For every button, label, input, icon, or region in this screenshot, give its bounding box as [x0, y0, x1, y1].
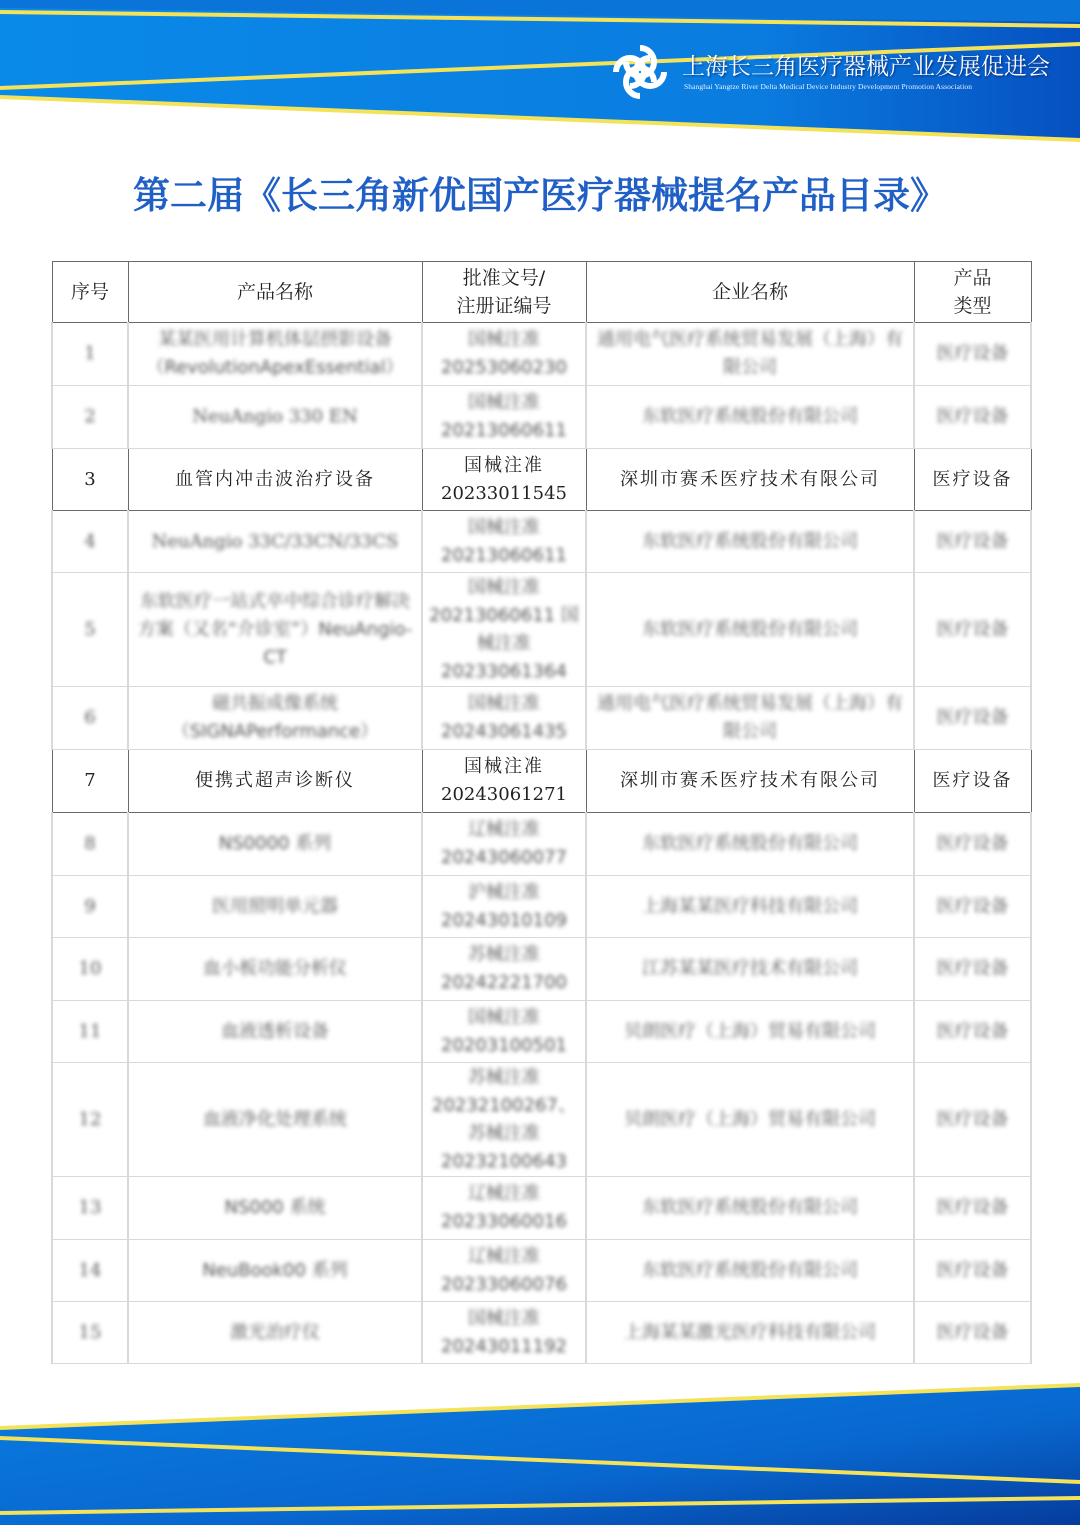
cell-approval: 国械注准 20243011192 [422, 1302, 586, 1364]
cell-number: 3 [52, 449, 128, 511]
cell-number: 6 [52, 687, 128, 750]
table-row: 1 某某医用计算机体层摂影设备（RevolutionApexEssential）… [52, 323, 1031, 386]
cell-company: 上海某某激光医疗科技有限公司 [586, 1302, 914, 1364]
cell-approval: 国械注准20233011545 [422, 449, 586, 511]
cell-product-name: NS000 系统 [128, 1177, 422, 1240]
cell-number: 2 [52, 386, 128, 449]
interlocking-rings-logo-icon [608, 40, 672, 104]
cell-type: 医疗设备 [914, 323, 1031, 386]
cell-type: 医疗设备 [914, 386, 1031, 449]
cell-type: 医疗设备 [914, 938, 1031, 1001]
cell-type: 医疗设备 [914, 1177, 1031, 1240]
cell-company: 江苏某某医疗技术有限公司 [586, 938, 914, 1001]
table-row: 10 血小板功能分析仪 苏械注准 20242221700 江苏某某医疗技术有限公… [52, 938, 1031, 1001]
table-row: 13 NS000 系统 辽械注准 20233060016 东软医疗系统股份有限公… [52, 1177, 1031, 1240]
cell-product-name: NeuBook00 系列 [128, 1240, 422, 1302]
cell-number: 13 [52, 1177, 128, 1240]
cell-product-name: 血管内冲击波治疗设备 [128, 449, 422, 511]
cell-company: 深圳市赛禾医疗技术有限公司 [586, 449, 914, 511]
product-catalog-table: 序号 产品名称 批准文号/注册证编号 企业名称 产品类型 1 某某医用计算机体层… [51, 261, 1032, 1364]
cell-type: 医疗设备 [914, 750, 1031, 813]
cell-product-name: 磁共振成像系统（SIGNAPerformance） [128, 687, 422, 750]
cell-approval: 苏械注准 20242221700 [422, 938, 586, 1001]
table-row: 7 便携式超声诊断仪 国械注准20243061271 深圳市赛禾医疗技术有限公司… [52, 750, 1031, 813]
column-header-product-name: 产品名称 [128, 262, 422, 323]
cell-company: 东软医疗系统股份有限公司 [586, 573, 914, 687]
cell-number: 8 [52, 813, 128, 876]
table-row: 3 血管内冲击波治疗设备 国械注准20233011545 深圳市赛禾医疗技术有限… [52, 449, 1031, 511]
cell-type: 医疗设备 [914, 1001, 1031, 1063]
cell-product-name: 东软医疗一站式卒中综合诊疗解决方案（又名“介诊室”）NeuAngio-CT [128, 573, 422, 687]
cell-product-name: 血液透析设备 [128, 1001, 422, 1063]
cell-approval: 苏械注准 20232100267、苏械注准 20232100643 [422, 1063, 586, 1177]
cell-type: 医疗设备 [914, 1240, 1031, 1302]
cell-approval: 辽械注准 20233060016 [422, 1177, 586, 1240]
cell-product-name: 血小板功能分析仪 [128, 938, 422, 1001]
cell-number: 5 [52, 573, 128, 687]
cell-number: 1 [52, 323, 128, 386]
cell-product-name: 某某医用计算机体层摂影设备（RevolutionApexEssential） [128, 323, 422, 386]
cell-number: 10 [52, 938, 128, 1001]
table-row: 11 血液透析设备 国械注准 20203100501 贝朗医疗（上海）贸易有限公… [52, 1001, 1031, 1063]
cell-type: 医疗设备 [914, 1302, 1031, 1364]
cell-approval: 国械注准 20243061435 [422, 687, 586, 750]
cell-company: 东软医疗系统股份有限公司 [586, 386, 914, 449]
cell-approval: 国械注准 20213060611 [422, 386, 586, 449]
cell-type: 医疗设备 [914, 511, 1031, 573]
table-row: 8 NS0000 系列 辽械注准 20243060077 东软医疗系统股份有限公… [52, 813, 1031, 876]
organization-name-en: Shanghai Yangtze River Delta Medical Dev… [684, 82, 972, 91]
cell-product-name: NeuAngio 330 EN [128, 386, 422, 449]
cell-type: 医疗设备 [914, 573, 1031, 687]
table-row: 5 东软医疗一站式卒中综合诊疗解决方案（又名“介诊室”）NeuAngio-CT … [52, 573, 1031, 687]
cell-company: 东软医疗系统股份有限公司 [586, 1177, 914, 1240]
cell-number: 7 [52, 750, 128, 813]
cell-company: 贝朗医疗（上海）贸易有限公司 [586, 1001, 914, 1063]
cell-type: 医疗设备 [914, 813, 1031, 876]
cell-approval: 国械注准 20203100501 [422, 1001, 586, 1063]
table-row: 6 磁共振成像系统（SIGNAPerformance） 国械注准 2024306… [52, 687, 1031, 750]
cell-number: 9 [52, 876, 128, 938]
cell-product-name: 血液净化处理系统 [128, 1063, 422, 1177]
cell-product-name: NS0000 系列 [128, 813, 422, 876]
column-header-type: 产品类型 [914, 262, 1031, 323]
cell-number: 14 [52, 1240, 128, 1302]
table-row: 14 NeuBook00 系列 辽械注准 20233060076 东软医疗系统股… [52, 1240, 1031, 1302]
cell-company: 深圳市赛禾医疗技术有限公司 [586, 750, 914, 813]
cell-company: 通用电气医疗系统贸易发展（上海）有限公司 [586, 687, 914, 750]
cell-approval: 沪械注准 20243010109 [422, 876, 586, 938]
cell-approval: 国械注准 20213060611 国械注准 20233061364 [422, 573, 586, 687]
cell-company: 东软医疗系统股份有限公司 [586, 511, 914, 573]
table-header-row: 序号 产品名称 批准文号/注册证编号 企业名称 产品类型 [52, 262, 1031, 323]
column-header-number: 序号 [52, 262, 128, 323]
cell-type: 医疗设备 [914, 687, 1031, 750]
cell-product-name: 医用照明单元器 [128, 876, 422, 938]
column-header-approval-number: 批准文号/注册证编号 [422, 262, 586, 323]
cell-company: 东软医疗系统股份有限公司 [586, 813, 914, 876]
cell-company: 通用电气医疗系统贸易发展（上海）有限公司 [586, 323, 914, 386]
cell-approval: 辽械注准 20243060077 [422, 813, 586, 876]
cell-approval: 国械注准 20253060230 [422, 323, 586, 386]
table-row: 9 医用照明单元器 沪械注准 20243010109 上海某某医疗科技有限公司 … [52, 876, 1031, 938]
cell-company: 贝朗医疗（上海）贸易有限公司 [586, 1063, 914, 1177]
column-header-company: 企业名称 [586, 262, 914, 323]
cell-type: 医疗设备 [914, 449, 1031, 511]
organization-name-cn: 上海长三角医疗器械产业发展促进会 [682, 48, 1050, 81]
cell-number: 12 [52, 1063, 128, 1177]
footer-banner [0, 1370, 1080, 1525]
cell-product-name: 激光治疗仪 [128, 1302, 422, 1364]
cell-type: 医疗设备 [914, 876, 1031, 938]
table-row: 12 血液净化处理系统 苏械注准 20232100267、苏械注准 202321… [52, 1063, 1031, 1177]
cell-type: 医疗设备 [914, 1063, 1031, 1177]
cell-approval: 国械注准20243061271 [422, 750, 586, 813]
table-row: 15 激光治疗仪 国械注准 20243011192 上海某某激光医疗科技有限公司… [52, 1302, 1031, 1364]
cell-approval: 国械注准 20213060611 [422, 511, 586, 573]
cell-product-name: NeuAngio 33C/33CN/33CS [128, 511, 422, 573]
cell-number: 4 [52, 511, 128, 573]
cell-approval: 辽械注准 20233060076 [422, 1240, 586, 1302]
cell-number: 15 [52, 1302, 128, 1364]
document-title: 第二届《长三角新优国产医疗器械提名产品目录》 [0, 165, 1080, 219]
table-row: 4 NeuAngio 33C/33CN/33CS 国械注准 2021306061… [52, 511, 1031, 573]
cell-product-name: 便携式超声诊断仪 [128, 750, 422, 813]
cell-number: 11 [52, 1001, 128, 1063]
cell-company: 上海某某医疗科技有限公司 [586, 876, 914, 938]
table-row: 2 NeuAngio 330 EN 国械注准 20213060611 东软医疗系… [52, 386, 1031, 449]
cell-company: 东软医疗系统股份有限公司 [586, 1240, 914, 1302]
